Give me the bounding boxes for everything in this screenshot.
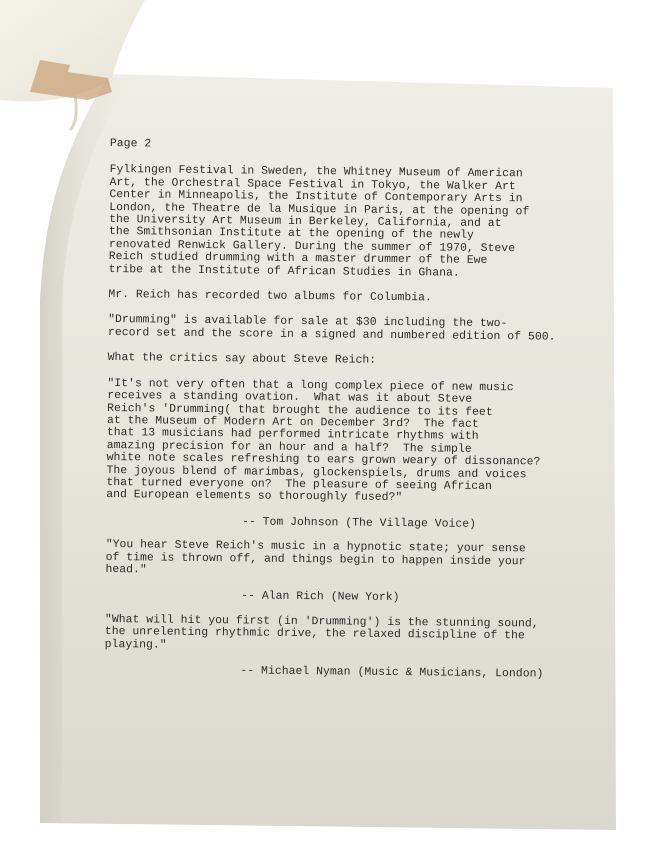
attribution-tom-johnson: -- Tom Johnson (The Village Voice) — [106, 515, 576, 532]
paragraph-albums: Mr. Reich has recorded two albums for Co… — [108, 289, 578, 306]
quote-tom-johnson: "It's not very often that a long complex… — [106, 378, 577, 507]
paragraph-venues: Fylkingen Festival in Sweden, the Whitne… — [109, 164, 580, 281]
typed-text: Page 2 Fylkingen Festival in Sweden, the… — [104, 138, 580, 693]
attribution-michael-nyman: -- Michael Nyman (Music & Musicians, Lon… — [104, 664, 574, 681]
paragraph-sale: "Drumming" is available for sale at $30 … — [108, 314, 578, 344]
paragraph-critics-intro: What the critics say about Steve Reich: — [108, 352, 578, 369]
quote-alan-rich: "You hear Steve Reich's music in a hypno… — [105, 539, 575, 581]
attribution-alan-rich: -- Alan Rich (New York) — [105, 589, 575, 606]
photographed-document: Page 2 Fylkingen Festival in Sweden, the… — [0, 0, 650, 862]
quote-michael-nyman: "What will hit you first (in 'Drumming')… — [105, 614, 575, 656]
